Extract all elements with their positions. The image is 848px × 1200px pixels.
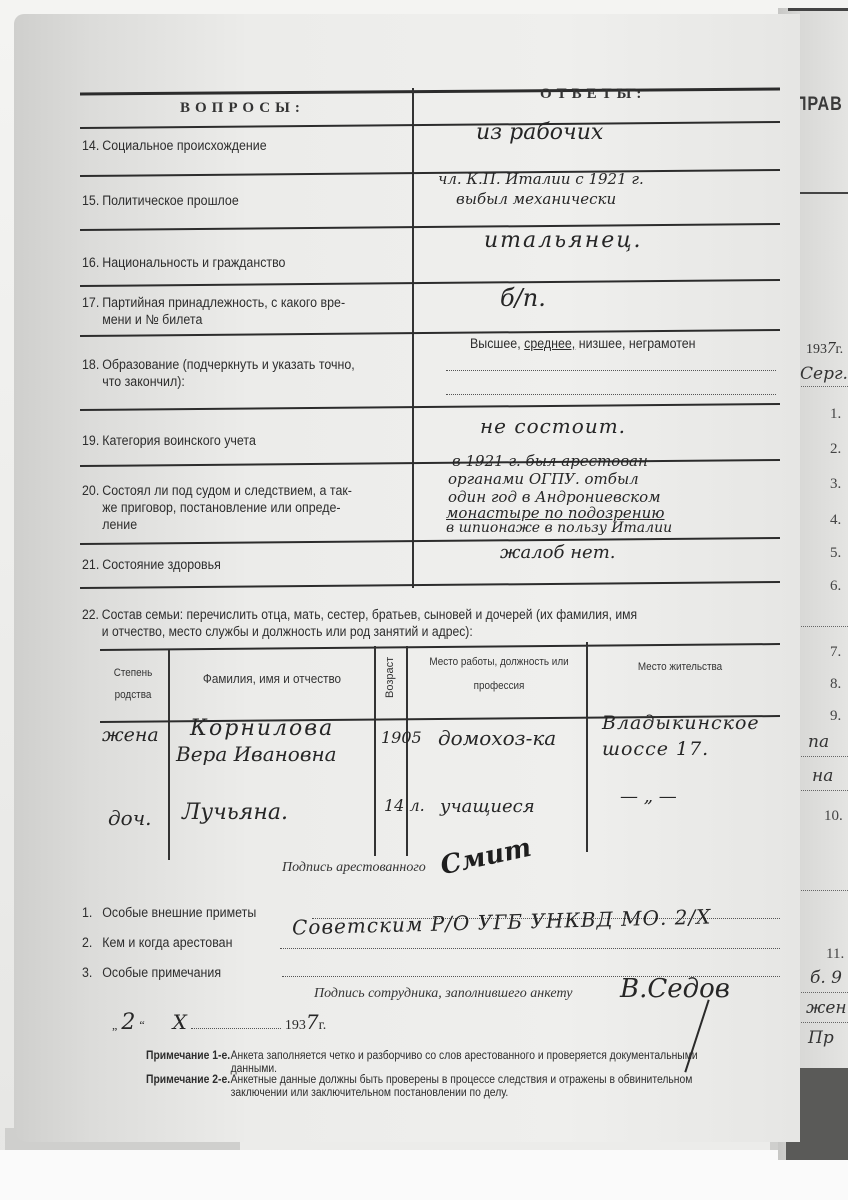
dotted-line [446,394,776,395]
option-illiterate: неграмотен [629,336,696,351]
cell-relation: доч. [108,806,152,830]
question-17: 17.Партийная принадлежность, с какого вр… [82,294,345,328]
cell-relation: жена [102,724,159,746]
answers-title: ОТВЕТЫ: [540,86,646,103]
table-column-divider [374,646,376,856]
answer-15-line-1: чл. К.П. Италии с 1921 г. [438,170,644,188]
table-column-divider [406,646,408,856]
back-item-number: 1. [830,406,841,423]
option-lower: низшее, [579,336,626,351]
date-year-prefix: 193 [285,1018,306,1033]
officer-signature: В.Седов [620,974,730,1004]
question-number: 14. [82,137,102,154]
cell-work: домохоз-ка [438,726,556,750]
cell-residence-line-2: шоссе 17. [602,738,709,760]
question-19: 19.Категория воинского учета [82,432,256,449]
item-number: 3. [82,964,102,981]
note-label: Примечание 2-е. [146,1074,231,1087]
option-higher: Высшее, [470,336,521,351]
column-header-name: Фамилия, имя и отчество [182,664,362,694]
back-item-number: 7. [830,644,841,661]
option-secondary-underlined: среднее, [524,336,575,351]
back-item-number: 4. [830,512,841,529]
question-text: Политическое прошлое [102,193,239,208]
back-item-number: 11. [826,946,844,963]
back-item-number: 9. [830,708,841,725]
column-divider [412,88,414,588]
question-22: 22.Состав семьи: перечислить отца, мать,… [82,606,637,640]
cell-residence-line-1: Владыкинское [602,712,760,734]
column-header-residence: Место жительства [599,652,761,682]
question-text: Социальное происхождение [102,138,266,153]
date-day: 2 [121,1010,135,1035]
back-page-date: 1937г. [806,338,843,358]
cell-name: Лучьяна. [182,800,288,825]
answer-14: из рабочих [476,120,603,145]
question-number: 20. [82,482,102,499]
back-item-number: 10. [824,808,843,825]
cell-age: 1905 [381,728,422,747]
date-suffix: г. [319,1018,327,1033]
item-label: Особые примечания [102,965,221,980]
officer-signature-label: Подпись сотрудника, заполнившего анкету [314,986,572,1002]
back-page-handwriting: Пр [808,1028,834,1048]
column-header-relation: Степень родства [103,662,162,706]
note-text: Анкета заполняется четко и разборчиво со… [231,1050,698,1062]
question-number: 21. [82,556,102,573]
question-text: Партийная принадлежность, с какого вре- [102,295,345,310]
answer-16: итальянец. [484,228,643,253]
back-item-number: 5. [830,545,841,562]
arrested-signature-label: Подпись арестованного [282,860,426,876]
back-page-name: Серг. [800,364,848,384]
table-column-divider [168,650,170,860]
table-column-divider [586,642,588,852]
question-text: Категория воинского учета [102,433,256,448]
item-number: 2. [82,934,102,951]
question-text: Национальность и гражданство [102,255,285,270]
answer-20-line-2: органами ОГПУ. отбыл [448,470,639,488]
extra-item-3: 3.Особые примечания [82,964,221,981]
question-15: 15.Политическое прошлое [82,192,239,209]
date-month: X [173,1010,187,1034]
answer-17: б/п. [500,284,546,312]
question-text: что закончил): [82,373,355,390]
answer-20-line-1: в 1921 г. был арестован [452,452,648,470]
question-number: 19. [82,432,102,449]
cell-residence: — „ — [620,786,677,807]
answer-21: жалоб нет. [500,542,616,563]
question-21: 21.Состояние здоровья [82,556,221,573]
back-page-top-rule [788,8,848,11]
item-label: Кем и когда арестован [102,935,232,950]
question-text: ление [82,516,352,533]
cell-work: учащиеся [440,796,535,817]
question-text: Образование (подчеркнуть и указать точно… [102,357,354,372]
back-page-handwriting: жен [806,998,847,1018]
column-header-work: Место работы, должность или профессия [423,650,576,698]
item-label: Особые внешние приметы [102,905,256,920]
answer-20-line-5: в шпионаже в пользу Италии [446,520,672,536]
question-number: 18. [82,356,102,373]
back-item-number: 3. [830,476,841,493]
question-number: 15. [82,192,102,209]
question-text: Состав семьи: перечислить отца, мать, се… [102,607,637,622]
answer-15-line-2: выбыл механически [456,190,616,208]
item-number: 1. [82,904,102,921]
column-header-age: Возраст [384,650,396,704]
note-text: Анкетные данные должны быть проверены в … [231,1074,693,1086]
back-item-number: 2. [830,441,841,458]
note-2: Примечание 2-е.Анкетные данные должны бы… [146,1074,692,1100]
fill-date: „ 2 “ X 1937г. [112,1010,326,1035]
extra-item-1: 1.Особые внешние приметы [82,904,256,921]
question-text: же приговор, постановление или опреде- [82,499,352,516]
back-item-number: 6. [830,578,841,595]
cell-name-line-2: Вера Ивановна [176,742,337,766]
question-text: Состояние здоровья [102,557,221,572]
question-16: 16.Национальность и гражданство [82,254,285,271]
question-text: и отчество, место службы и должность или… [82,623,637,640]
note-label: Примечание 1-е. [146,1050,231,1063]
scan-margin [0,1150,848,1200]
education-options: Высшее, среднее, низшее, неграмотен [470,336,696,351]
question-number: 22. [82,606,102,623]
date-year-digit: 7 [306,1010,319,1034]
questions-title: ВОПРОСЫ: [180,100,305,117]
dotted-line [446,370,776,371]
note-text: заключении или заключительном постановле… [146,1087,692,1100]
dotted-line [280,948,780,949]
back-page-handwriting: па [808,732,829,752]
question-number: 16. [82,254,102,271]
question-text: Состоял ли под судом и следствием, а так… [102,483,352,498]
question-text: мени и № билета [82,311,345,328]
cell-name-line-1: Корнилова [190,716,334,741]
back-item-number: 8. [830,676,841,693]
question-number: 17. [82,294,102,311]
answer-19: не состоит. [480,414,626,438]
extra-item-2: 2.Кем и когда арестован [82,934,232,951]
back-page-handwriting: б. 9 [810,968,842,988]
question-18: 18.Образование (подчеркнуть и указать то… [82,356,355,390]
question-20: 20.Состоял ли под судом и следствием, а … [82,482,352,533]
question-14: 14.Социальное происхождение [82,137,267,154]
cell-age: 14 л. [384,796,425,815]
note-1: Примечание 1-е.Анкета заполняется четко … [146,1050,698,1076]
back-page-handwriting: на [812,766,833,786]
